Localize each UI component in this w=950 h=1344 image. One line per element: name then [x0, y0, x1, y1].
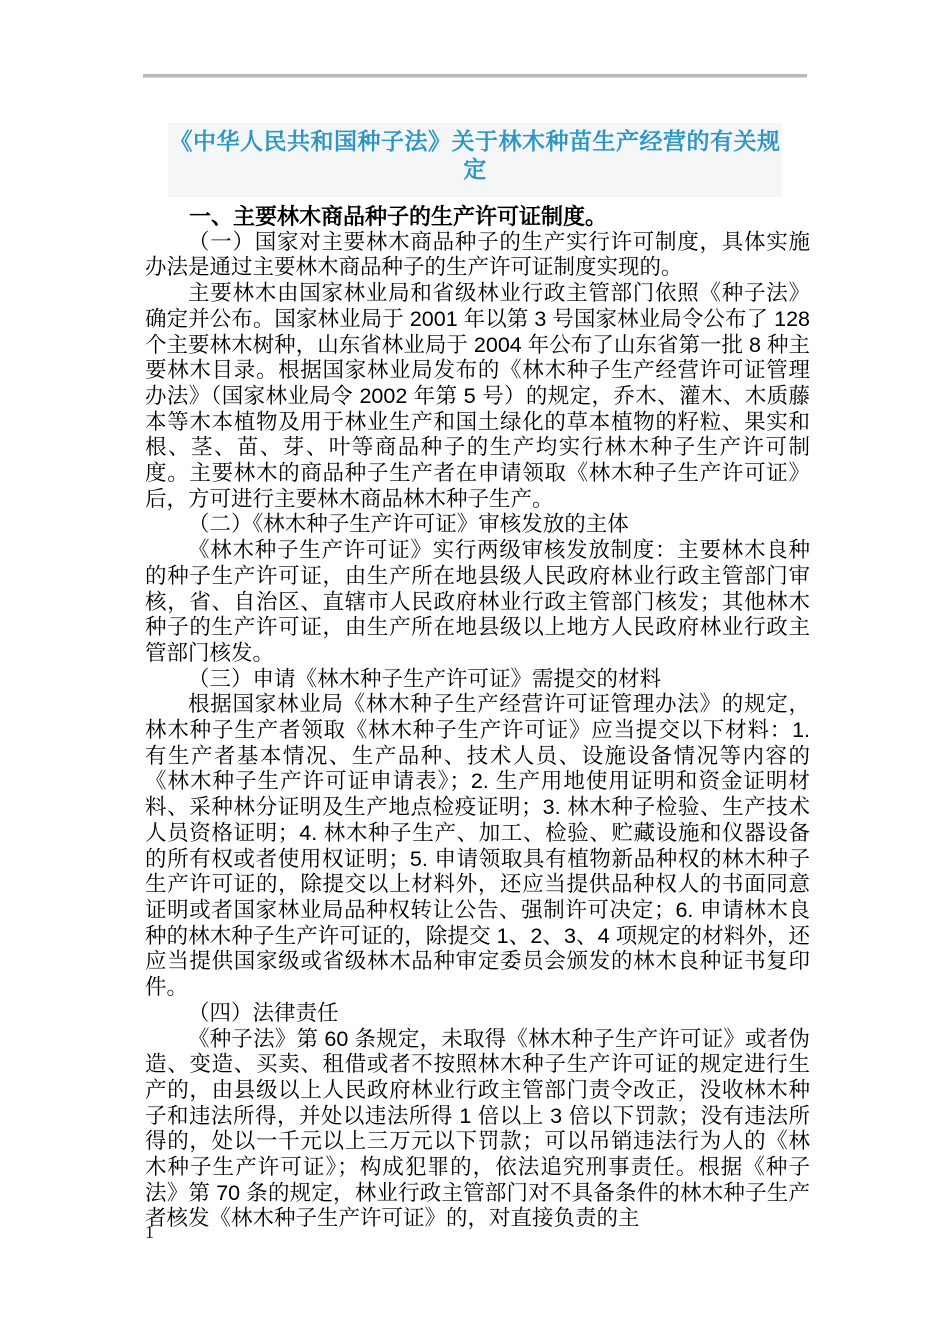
paragraph-subheading-application-materials: （三）申请《林木种子生产许可证》需提交的材料: [145, 667, 810, 693]
paragraph-subheading-issuing-authority: （二）《林木种子生产许可证》审核发放的主体: [145, 512, 810, 538]
page-number: 1: [145, 1222, 154, 1243]
header-rule: [143, 74, 807, 78]
paragraph-subheading-legal-liability: （四）法律责任: [145, 1001, 810, 1027]
paragraph-license-system-intro: （一）国家对主要林木商品种子的生产实行许可制度，具体实施办法是通过主要林木商品种…: [145, 230, 810, 281]
paragraph-application-materials-list: 根据国家林业局《林木种子生产经营许可证管理办法》的规定，林木种子生产者领取《林木…: [145, 692, 810, 1000]
paragraph-major-tree-species: 主要林木由国家林业局和省级林业行政主管部门依照《种子法》确定并公布。国家林业局于…: [145, 281, 810, 512]
document-title: 《中华人民共和国种子法》关于林木种苗生产经营的有关规定: [168, 123, 782, 183]
document-body: 一、主要林木商品种子的生产许可证制度。 （一）国家对主要林木商品种子的生产实行许…: [145, 204, 810, 1232]
paragraph-legal-liability-details: 《种子法》第 60 条规定，未取得《林木种子生产许可证》或者伪造、变造、买卖、租…: [145, 1027, 810, 1233]
document-title-band: 《中华人民共和国种子法》关于林木种苗生产经营的有关规定: [168, 123, 782, 197]
document-page: 《中华人民共和国种子法》关于林木种苗生产经营的有关规定 一、主要林木商品种子的生…: [0, 0, 950, 1344]
paragraph-two-level-review-system: 《林木种子生产许可证》实行两级审核发放制度：主要林木良种的种子生产许可证，由生产…: [145, 538, 810, 667]
section-heading-production-license-system: 一、主要林木商品种子的生产许可证制度。: [145, 204, 810, 230]
